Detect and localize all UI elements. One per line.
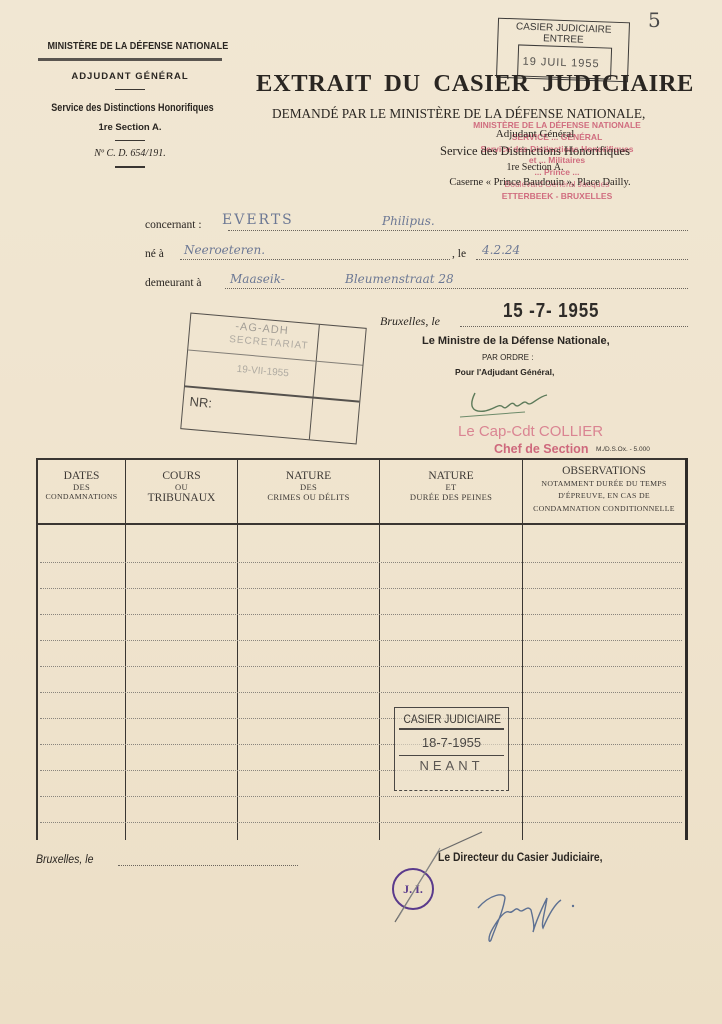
row-line bbox=[40, 692, 682, 693]
row-line bbox=[40, 666, 682, 667]
birthplace-line bbox=[180, 258, 450, 260]
divider bbox=[115, 166, 145, 168]
service-heading: Service des Distinctions Honorifiques bbox=[51, 102, 208, 114]
given-name-field: Philipus. bbox=[382, 214, 435, 228]
birthdate-line bbox=[476, 258, 688, 260]
residence-line bbox=[225, 287, 688, 289]
birthdate-field: 4.2.24 bbox=[482, 243, 520, 257]
header-sub: NOTAMMENT DURÉE DU TEMPS bbox=[523, 478, 685, 491]
for-label: Pour l'Adjudant Général, bbox=[455, 367, 554, 377]
document-page: MINISTÈRE DE LA DÉFENSE NATIONALE ADJUDA… bbox=[0, 0, 722, 1024]
divider bbox=[115, 140, 145, 141]
header-sub: OU bbox=[126, 482, 237, 492]
row-line bbox=[40, 796, 682, 797]
concerning-line bbox=[228, 229, 688, 231]
requester-line4: Caserne « Prince Baudouin », Place Daill… bbox=[415, 177, 665, 188]
page-number-mark: 5 bbox=[648, 8, 661, 32]
born-label: né à bbox=[145, 248, 164, 260]
header-sub: ET bbox=[380, 482, 522, 492]
registry-stamp: -AG-ADH SECRETARIAT 19-VII-1955 NR: bbox=[180, 313, 367, 445]
header-sub: CONDAMNATION CONDITIONNELLE bbox=[523, 503, 685, 516]
divider bbox=[115, 89, 145, 90]
requester-line2: Service des Distinctions Honorifiques bbox=[410, 144, 660, 159]
requester-line3: 1re Section A. bbox=[410, 162, 660, 173]
minister-signature bbox=[455, 385, 555, 420]
row-line bbox=[40, 562, 682, 563]
registry-stamp-number-label: NR: bbox=[189, 394, 213, 411]
convictions-table: DATES DES CONDAMNATIONS COURS OU TRIBUNA… bbox=[36, 458, 687, 840]
result-stamp: CASIER JUDICIAIRE 18-7-1955 NEANT bbox=[394, 707, 509, 791]
result-stamp-date: 18-7-1955 bbox=[395, 735, 508, 750]
row-line bbox=[40, 588, 682, 589]
row-line bbox=[40, 770, 682, 771]
result-stamp-value: NEANT bbox=[395, 758, 508, 773]
column-header-observations: OBSERVATIONS NOTAMMENT DURÉE DU TEMPS D'… bbox=[523, 465, 685, 515]
registry-stamp-line2: SECRETARIAT bbox=[229, 334, 309, 352]
header-sub: DES bbox=[238, 482, 379, 492]
surname-field: EVERTS bbox=[222, 212, 294, 228]
signer-stamp-name: Le Cap-Cdt COLLIER bbox=[458, 423, 603, 440]
row-line bbox=[40, 822, 682, 823]
registry-stamp-date: 19-VII-1955 bbox=[236, 364, 289, 380]
header-title: COURS bbox=[126, 470, 237, 482]
row-line bbox=[40, 718, 682, 719]
by-order-label: PAR ORDRE : bbox=[482, 353, 533, 362]
signatory-title: Le Ministre de la Défense Nationale, bbox=[422, 335, 610, 347]
header-title: NATURE bbox=[238, 470, 379, 482]
column-header-crimes: NATURE DES CRIMES OU DÉLITS bbox=[238, 470, 379, 502]
issue-place-label: Bruxelles, le bbox=[380, 314, 440, 329]
column-header-dates: DATES DES CONDAMNATIONS bbox=[38, 470, 125, 501]
header-sub: D'ÉPREUVE, EN CAS DE bbox=[523, 490, 685, 503]
header-sub: CRIMES OU DÉLITS bbox=[238, 492, 379, 502]
residence-street-field: Bleumenstraat 28 bbox=[345, 272, 454, 286]
header-title: TRIBUNAUX bbox=[126, 492, 237, 504]
residing-label: demeurant à bbox=[145, 277, 202, 289]
row-line bbox=[40, 614, 682, 615]
header-title: NATURE bbox=[380, 470, 522, 482]
footer-date-line bbox=[118, 864, 298, 866]
print-reference: M./D.S.Ox. - 5.000 bbox=[596, 446, 650, 453]
residence-city-field: Maaseik- bbox=[230, 272, 285, 286]
row-line bbox=[40, 744, 682, 745]
header-title: DATES bbox=[38, 470, 125, 482]
concerning-label: concernant : bbox=[145, 219, 202, 231]
footer-place-label: Bruxelles, le bbox=[36, 852, 94, 866]
issue-date-line bbox=[460, 325, 688, 327]
section-heading: 1re Section A. bbox=[34, 122, 226, 133]
header-sub: DURÉE DES PEINES bbox=[380, 492, 522, 502]
birthplace-field: Neeroeteren. bbox=[184, 243, 265, 257]
ministry-heading: MINISTÈRE DE LA DÉFENSE NATIONALE bbox=[47, 40, 212, 52]
result-stamp-line1: CASIER JUDICIAIRE bbox=[403, 712, 499, 726]
header-title: OBSERVATIONS bbox=[523, 465, 685, 478]
header-sub: DES bbox=[38, 482, 125, 492]
row-line bbox=[40, 640, 682, 641]
signer-stamp-role: Chef de Section bbox=[494, 442, 588, 456]
department-heading: ADJUDANT GÉNÉRAL bbox=[34, 71, 226, 82]
column-header-courts: COURS OU TRIBUNAUX bbox=[126, 470, 237, 504]
director-signature bbox=[475, 888, 595, 948]
red-stamp-line: ETTERBEEK - BRUXELLES bbox=[452, 191, 662, 203]
header-sub: CONDAMNATIONS bbox=[38, 492, 125, 501]
reference-number: Nº C. D. 654/191. bbox=[34, 148, 226, 159]
issue-date-stamp: 15 -7- 1955 bbox=[503, 300, 599, 323]
birthdate-label: , le bbox=[452, 248, 466, 260]
ministry-rule bbox=[38, 58, 222, 61]
document-title: EXTRAIT DU CASIER JUDICIAIRE bbox=[256, 70, 694, 98]
requester-line1: Adjudant Général bbox=[410, 128, 660, 140]
column-header-penalties: NATURE ET DURÉE DES PEINES bbox=[380, 470, 522, 502]
